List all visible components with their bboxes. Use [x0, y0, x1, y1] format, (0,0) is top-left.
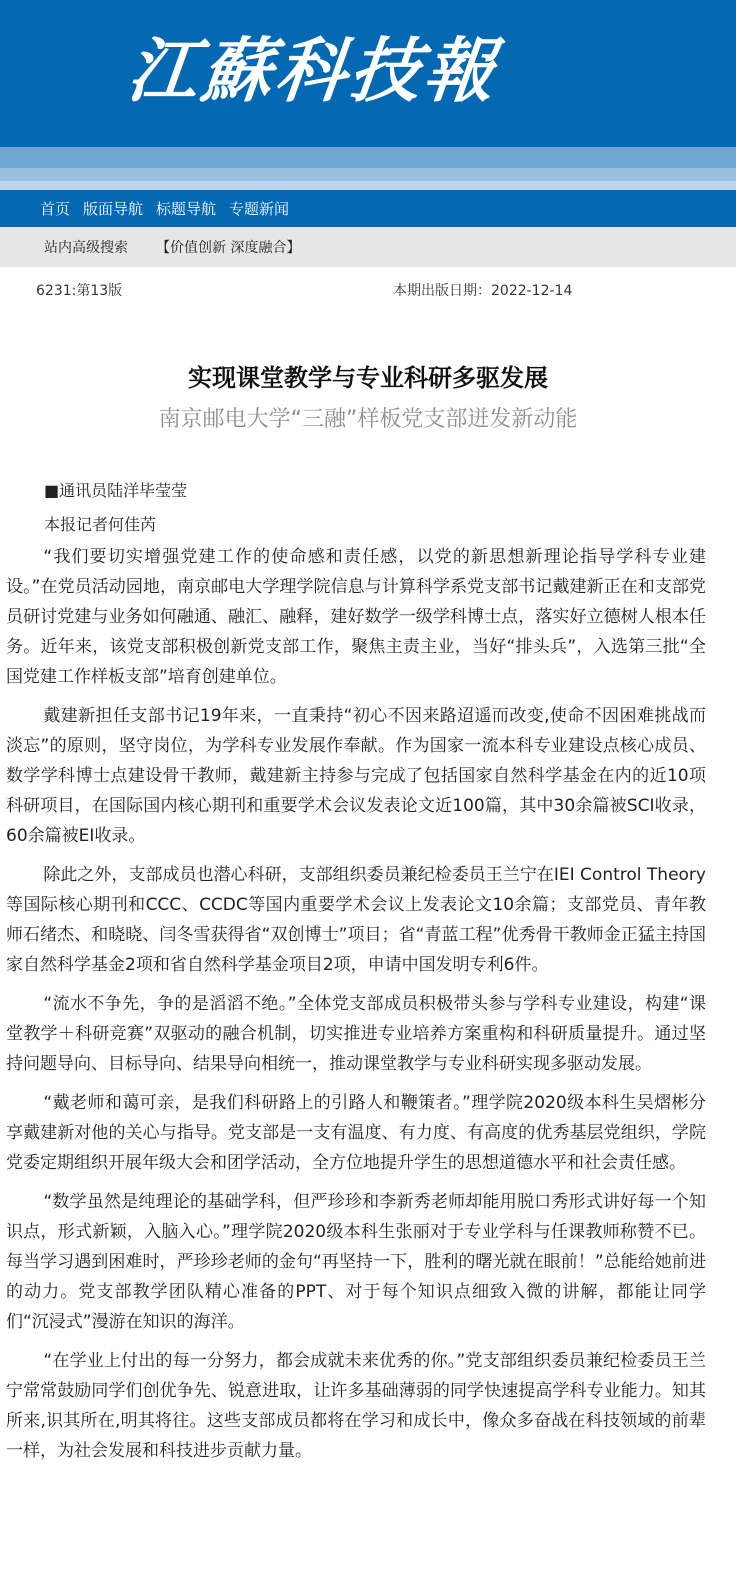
publish-date: 本期出版日期：2022-12-14 [393, 280, 572, 300]
advanced-search-link[interactable]: 站内高级搜索 [44, 237, 128, 257]
paragraph: “数学虽然是纯理论的基础学科，但严珍珍和李新秀老师却能用脱口秀形式讲好每一个知识… [6, 1187, 706, 1337]
article-body: “我们要切实增强党建工作的使命感和责任感，以党的新思想新理论指导学科专业建设。”… [6, 542, 706, 1475]
sub-nav: 站内高级搜索 【价值创新 深度融合】 [0, 227, 736, 267]
nav-special-news[interactable]: 专题新闻 [229, 198, 289, 219]
nav-home[interactable]: 首页 [40, 198, 70, 219]
article-subtitle: 南京邮电大学“三融”样板党支部迸发新动能 [0, 402, 736, 433]
nav-title-navigation[interactable]: 标题导航 [156, 198, 216, 219]
newspaper-logo: 江蘇科技報 [124, 36, 501, 106]
paragraph: “戴老师和蔼可亲，是我们科研路上的引路人和鞭策者。”理学院2020级本科生吴熠彬… [6, 1088, 706, 1178]
slogan: 【价值创新 深度融合】 [156, 237, 300, 257]
masthead-banner: 江蘇科技報 [0, 0, 736, 147]
decorative-stripe [0, 147, 736, 168]
edition-label: 6231:第13版 [36, 280, 122, 300]
paragraph: “在学业上付出的每一分努力，都会成就未来优秀的你。”党支部组织委员兼纪检委员王兰… [6, 1346, 706, 1466]
decorative-stripe [0, 168, 736, 181]
paragraph: 除此之外，支部成员也潜心科研，支部组织委员兼纪检委员王兰宁在IEI Contro… [6, 860, 706, 980]
byline-reporter: 本报记者何佳芮 [44, 512, 156, 535]
decorative-stripe [0, 181, 736, 190]
paragraph: “流水不争先，争的是滔滔不绝。”全体党支部成员积极带头参与学科专业建设，构建“课… [6, 989, 706, 1079]
main-nav: 首页 版面导航 标题导航 专题新闻 [0, 190, 736, 227]
article-title: 实现课堂教学与专业科研多驱发展 [0, 358, 736, 393]
paragraph: “我们要切实增强党建工作的使命感和责任感，以党的新思想新理论指导学科专业建设。”… [6, 542, 706, 692]
byline-correspondent: ■通讯员陆洋毕莹莹 [44, 478, 187, 501]
nav-page-navigation[interactable]: 版面导航 [83, 198, 143, 219]
paragraph: 戴建新担任支部书记19年来，一直秉持“初心不因来路迢遥而改变,使命不因困难挑战而… [6, 701, 706, 851]
